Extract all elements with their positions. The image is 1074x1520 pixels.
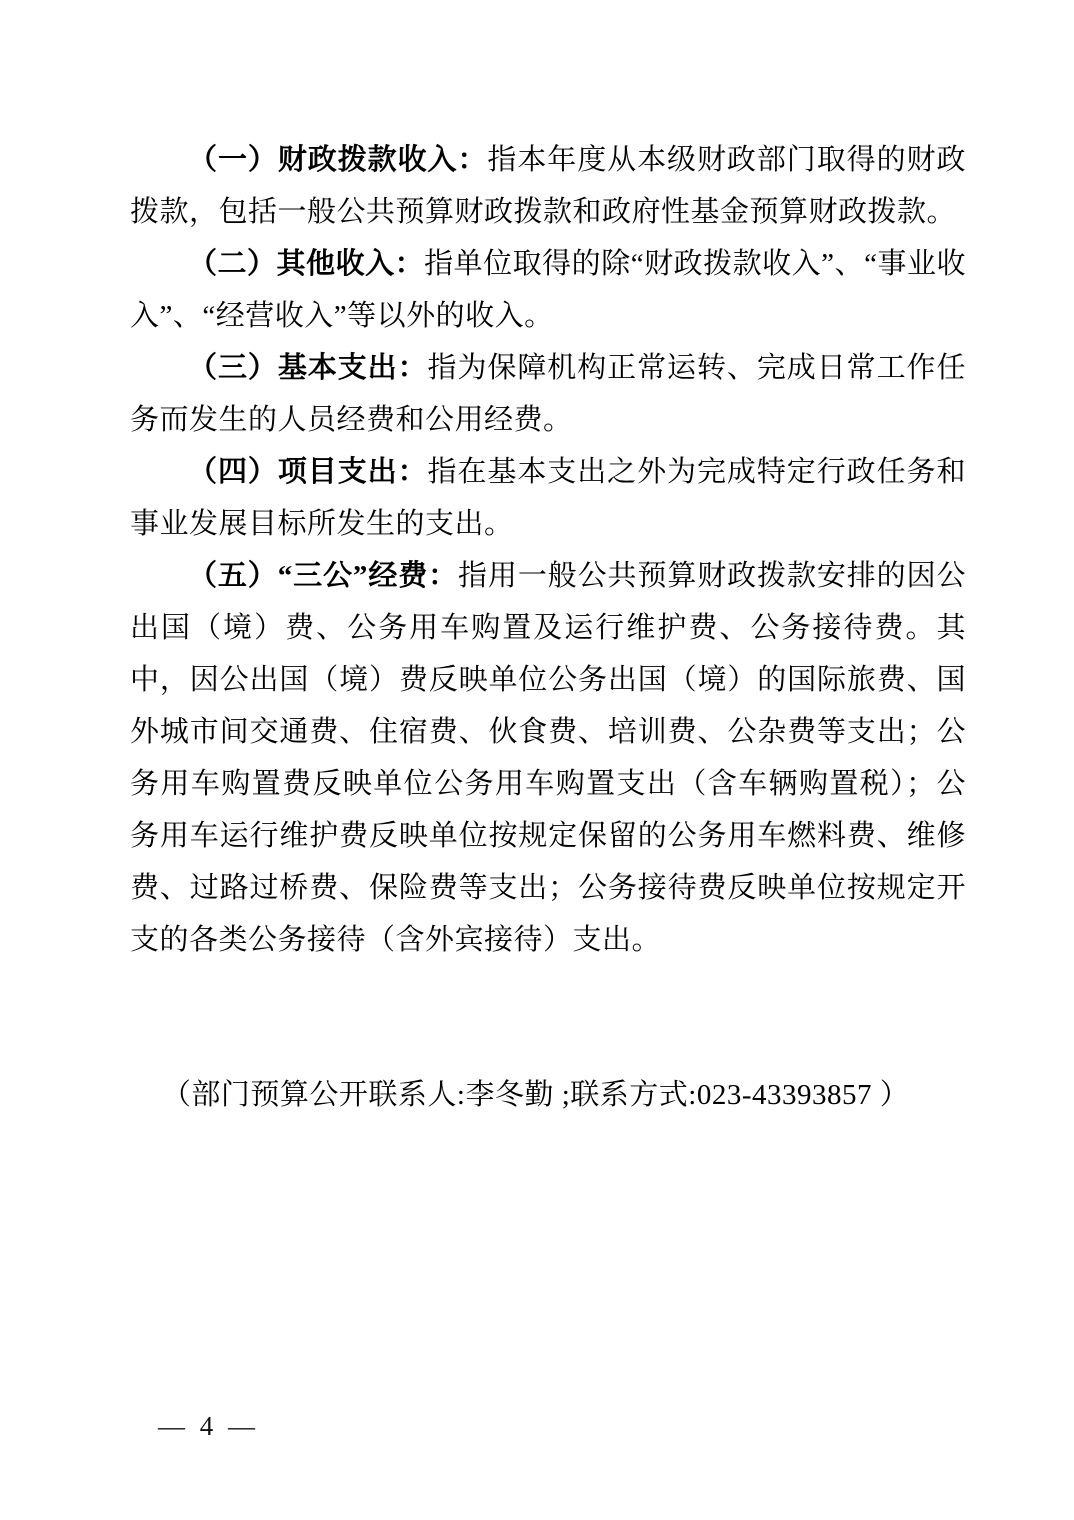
- definition-paragraph-2: （二）其他收入：指单位取得的除“财政拨款收入”、“事业收入”、“经营收入”等以外…: [130, 238, 966, 342]
- definition-paragraph-4: （四）项目支出：指在基本支出之外为完成特定行政任务和事业发展目标所发生的支出。: [130, 446, 966, 550]
- term-label-1: （一）财政拨款收入：: [188, 144, 487, 176]
- document-page: （一）财政拨款收入：指本年度从本级财政部门取得的财政拨款，包括一般公共预算财政拨…: [0, 0, 1074, 1520]
- term-text-5: 指用一般公共预算财政拨款安排的因公出国（境）费、公务用车购置及运行维护费、公务接…: [130, 560, 966, 956]
- document-body: （一）财政拨款收入：指本年度从本级财政部门取得的财政拨款，包括一般公共预算财政拨…: [130, 134, 966, 1121]
- definition-paragraph-1: （一）财政拨款收入：指本年度从本级财政部门取得的财政拨款，包括一般公共预算财政拨…: [130, 134, 966, 238]
- term-label-5: （五）“三公”经费：: [188, 560, 458, 592]
- contact-line: （部门预算公开联系人:李冬勤 ;联系方式:023-43393857 ）: [130, 1069, 966, 1121]
- term-label-4: （四）项目支出：: [188, 456, 428, 488]
- page-footer: — 4 —: [158, 1410, 255, 1442]
- definition-paragraph-3: （三）基本支出：指为保障机构正常运转、完成日常工作任务而发生的人员经费和公用经费…: [130, 342, 966, 446]
- term-label-3: （三）基本支出：: [188, 352, 428, 384]
- term-label-2: （二）其他收入：: [188, 248, 424, 280]
- page-number: — 4 —: [158, 1411, 255, 1441]
- definition-paragraph-5: （五）“三公”经费：指用一般公共预算财政拨款安排的因公出国（境）费、公务用车购置…: [130, 550, 966, 966]
